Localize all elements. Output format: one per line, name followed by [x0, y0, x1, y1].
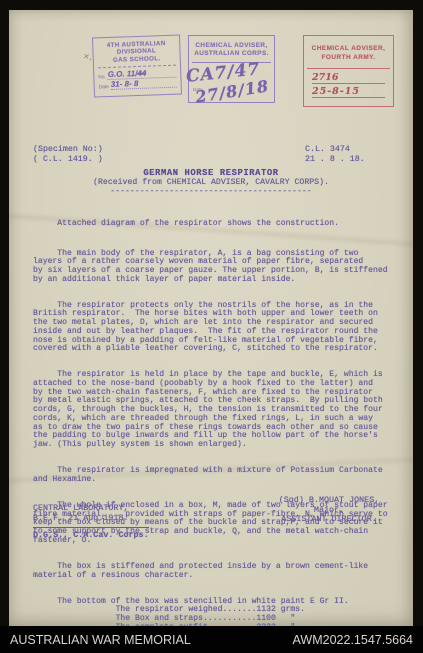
- stamp-line: AUSTRALIAN CORPS.: [189, 50, 274, 58]
- stamp-no-label: No.: [98, 75, 106, 80]
- stamp-chemical-adviser-australian-corps: CHEMICAL ADVISER, AUSTRALIAN CORPS. Date…: [188, 35, 275, 103]
- para-impregnation: The respirator is impregnated with a mix…: [33, 467, 409, 484]
- intro-line: Attached diagram of the respirator shows…: [33, 220, 409, 229]
- reference-number-block: C.L. 3474 21 . 8 . 18.: [305, 145, 365, 164]
- title-rule: ----------------------------------------…: [9, 188, 413, 195]
- para-main-body: The main body of the respirator, A, is a…: [33, 250, 409, 285]
- handwritten-reference: 2716: [312, 72, 385, 84]
- handwritten-reference: CA7/47: [185, 59, 261, 87]
- awm-caption-left: AUSTRALIAN WAR MEMORIAL: [10, 633, 191, 647]
- awm-caption-right: AWM2022.1547.5664: [293, 633, 413, 647]
- stamp-divisional-gas-school: 4TH AUSTRALIAN DIVISIONAL GAS SCHOOL. No…: [92, 34, 182, 97]
- caption-bar: AUSTRALIAN WAR MEMORIAL AWM2022.1547.566…: [0, 626, 423, 653]
- stamp-line: FOURTH ARMY.: [304, 53, 393, 62]
- stamp-date-label: Date: [99, 85, 109, 90]
- stamp-line: CHEMICAL ADVISER,: [189, 42, 274, 50]
- title-block: GERMAN HORSE RESPIRATOR (Received from C…: [9, 168, 413, 195]
- stamp-date-value: 31- 8- 8: [111, 78, 177, 90]
- signature-block: (Sgd) B.MOUAT JONES, Major, ASSISTANT DI…: [245, 496, 413, 525]
- handwritten-date: 25-8-15: [312, 86, 385, 98]
- document-page: ×, 4TH AUSTRALIAN DIVISIONAL GAS SCHOOL.…: [9, 10, 413, 626]
- distribution-line: D.G.S., C.A.Cav. Corps.: [33, 527, 149, 540]
- para-fastening: The respirator is held in place by the t…: [33, 371, 409, 449]
- stamp-no-struck: 44: [137, 69, 146, 78]
- stamp-no-value-text: G.O. 11/: [108, 69, 138, 79]
- handwritten-date: 27/8/18: [194, 76, 270, 106]
- pencil-mark: ×,: [82, 51, 93, 61]
- stamp-date-label: Date: [193, 87, 203, 92]
- para-box-lining: The box is stiffened and protected insid…: [33, 563, 409, 580]
- stamp-line: GAS SCHOOL.: [94, 54, 180, 64]
- stamp-chemical-adviser-fourth-army: CHEMICAL ADVISER, FOURTH ARMY. 2716 25-8…: [303, 35, 394, 107]
- para-protection: The respirator protects only the nostril…: [33, 302, 409, 354]
- stamp-divider: [192, 62, 271, 63]
- document-body: Attached diagram of the respirator shows…: [33, 203, 409, 650]
- stamp-divider: [307, 68, 390, 69]
- specimen-number-block: (Specimen No:) ( C.L. 1419. ): [33, 145, 103, 164]
- scan-photo: ×, 4TH AUSTRALIAN DIVISIONAL GAS SCHOOL.…: [0, 0, 423, 653]
- laboratory-block: CENTRAL LABORATORY, B.E.F. 21 Aug.1918.: [33, 504, 129, 523]
- document-title: GERMAN HORSE RESPIRATOR: [9, 168, 413, 178]
- stamp-line: CHEMICAL ADVISER,: [304, 44, 393, 53]
